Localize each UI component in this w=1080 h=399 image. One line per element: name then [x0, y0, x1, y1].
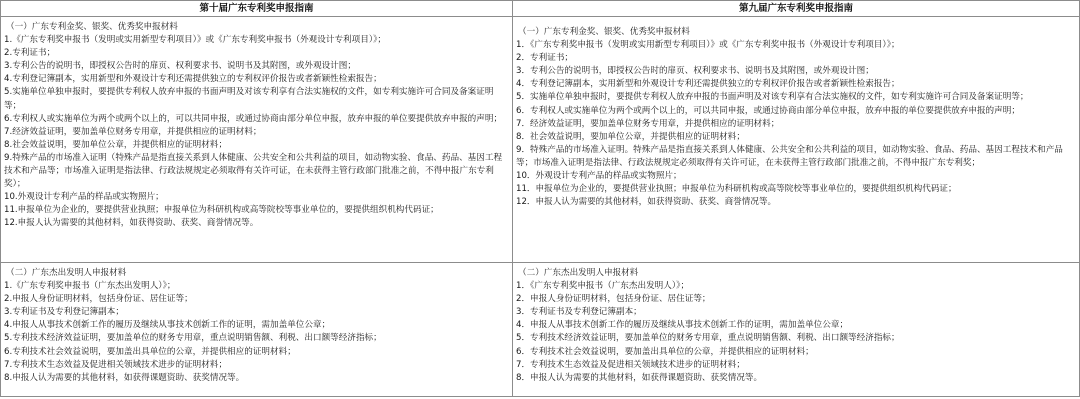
section-block: （二）广东杰出发明人申报材料 1.《广东专利奖申报书（广东杰出发明人）》； 2.…: [1, 263, 512, 385]
list-item: 1.《广东专利奖申报书（发明或实用新型专利项目）》或《广东专利奖申报书（外观设计…: [4, 34, 509, 47]
list-item: 7.专利技术生态效益及促进相关领域技术进步的证明材料；: [4, 359, 509, 372]
list-item: 3．专利证书及专利登记簿副本；: [516, 306, 1076, 319]
header-10th-guide: 第十届广东专利奖申报指南: [1, 1, 513, 17]
list-item: 2.专利证书；: [4, 47, 509, 60]
section-title: （一）广东专利金奖、银奖、优秀奖申报材料: [4, 21, 509, 34]
list-item: 2．申报人身份证明材料，包括身份证、居住证等；: [516, 293, 1076, 306]
list-item: 4．申报人从事技术创新工作的履历及继续从事技术创新工作的证明，需加盖单位公章；: [516, 319, 1076, 332]
comparison-table: 第十届广东专利奖申报指南 第九届广东专利奖申报指南 （一）广东专利金奖、银奖、优…: [0, 0, 1080, 397]
list-item: 5.专利技术经济效益证明，要加盖单位的财务专用章，重点说明销售额、利税、出口额等…: [4, 332, 509, 345]
list-item: 8.申报人认为需要的其他材料，如获得课题资助、获奖情况等。: [4, 372, 509, 385]
section-title: （一）广东专利金奖、银奖、优秀奖申报材料: [516, 26, 1076, 39]
list-item: 12.申报人认为需要的其他材料，如获得资助、获奖、商誉情况等。: [4, 217, 509, 230]
row-outstanding-inventor: （二）广东杰出发明人申报材料 1.《广东专利奖申报书（广东杰出发明人）》； 2.…: [1, 263, 1080, 397]
list-item: 7.经济效益证明，要加盖单位财务专用章，并提供相应的证明材料；: [4, 126, 509, 139]
list-item: 3.专利公告的说明书，即授权公告时的扉页、权利要求书、说明书及其附图，或外观设计…: [4, 60, 509, 73]
list-item: 2.申报人身份证明材料，包括身份证、居住证等；: [4, 293, 509, 306]
section-title: （二）广东杰出发明人申报材料: [4, 267, 509, 280]
list-item: 2．专利证书；: [516, 52, 1076, 65]
list-item: 6.专利权人或实施单位为两个或两个以上的，可以共同申报，或通过协商由部分单位申报…: [4, 113, 509, 126]
list-item: 4.专利登记簿副本，实用新型和外观设计专利还需提供独立的专利权评价报告或者新颖性…: [4, 73, 509, 86]
list-item: 7．经济效益证明，要加盖单位财务专用章，并提供相应的证明材料；: [516, 118, 1076, 131]
list-item: 6．专利技术社会效益说明，要加盖出具单位的公章，并提供相应的证明材料；: [516, 346, 1076, 359]
list-item: 1．《广东专利奖申报书（发明或实用新型专利项目）》或《广东专利奖申报书（外观设计…: [516, 39, 1076, 52]
section-title: （二）广东杰出发明人申报材料: [516, 267, 1076, 280]
list-item: 8．申报人认为需要的其他材料，如获得课题资助、获奖情况等。: [516, 372, 1076, 385]
list-item: 7．专利技术生态效益及促进相关领域技术进步的证明材料；: [516, 359, 1076, 372]
list-item: 11.申报单位为企业的，要提供营业执照；申报单位为科研机构或高等院校等事业单位的…: [4, 204, 509, 217]
list-item: 5.实施单位单独申报时，要提供专利权人放弃申报的书面声明及对该专利享有合法实施权…: [4, 86, 509, 112]
section-block: （一）广东专利金奖、银奖、优秀奖申报材料 1．《广东专利奖申报书（发明或实用新型…: [513, 17, 1079, 209]
list-item: 9．特殊产品的市场准入证明。特殊产品是指直接关系到人体健康、公共安全和公共利益的…: [516, 144, 1076, 170]
header-9th-guide: 第九届广东专利奖申报指南: [513, 1, 1080, 17]
section-block: （一）广东专利金奖、银奖、优秀奖申报材料 1.《广东专利奖申报书（发明或实用新型…: [1, 17, 512, 231]
list-item: 12．申报人认为需要的其他材料，如获得资助、获奖、商誉情况等。: [516, 196, 1076, 209]
list-item: 4．专利登记簿副本，实用新型和外观设计专利还需提供独立的专利权评价报告或者新颖性…: [516, 78, 1076, 91]
list-item: 6.专利技术社会效益说明，要加盖出具单位的公章，并提供相应的证明材料；: [4, 346, 509, 359]
list-item: 3.专利证书及专利登记簿副本；: [4, 306, 509, 319]
cell-9th-section-1: （一）广东专利金奖、银奖、优秀奖申报材料 1．《广东专利奖申报书（发明或实用新型…: [513, 17, 1080, 263]
row-gold-silver-excellence: （一）广东专利金奖、银奖、优秀奖申报材料 1.《广东专利奖申报书（发明或实用新型…: [1, 17, 1080, 263]
list-item: 5．实施单位单独申报时，要提供专利权人放弃申报的书面声明及对该专利享有合法实施权…: [516, 91, 1076, 104]
section-block: （二）广东杰出发明人申报材料 1．《广东专利奖申报书（广东杰出发明人）》； 2．…: [513, 263, 1079, 385]
list-item: 8.社会效益说明，要加单位公章，并提供相应的证明材料；: [4, 139, 509, 152]
list-item: 5．专利技术经济效益证明，要加盖单位的财务专用章，重点说明销售额、利税、出口额等…: [516, 332, 1076, 345]
list-item: 1.《广东专利奖申报书（广东杰出发明人）》；: [4, 280, 509, 293]
list-item: 6．专利权人或实施单位为两个或两个以上的，可以共同申报，或通过协商由部分单位申报…: [516, 105, 1076, 118]
cell-10th-section-1: （一）广东专利金奖、银奖、优秀奖申报材料 1.《广东专利奖申报书（发明或实用新型…: [1, 17, 513, 263]
list-item: 3．专利公告的说明书，即授权公告时的扉页、权利要求书、说明书及其附图，或外观设计…: [516, 65, 1076, 78]
cell-10th-section-2: （二）广东杰出发明人申报材料 1.《广东专利奖申报书（广东杰出发明人）》； 2.…: [1, 263, 513, 397]
list-item: 1．《广东专利奖申报书（广东杰出发明人）》；: [516, 280, 1076, 293]
cell-9th-section-2: （二）广东杰出发明人申报材料 1．《广东专利奖申报书（广东杰出发明人）》； 2．…: [513, 263, 1080, 397]
list-item: 10．外观设计专利产品的样品或实物照片；: [516, 170, 1076, 183]
list-item: 10.外观设计专利产品的样品或实物照片；: [4, 191, 509, 204]
list-item: 9.特殊产品的市场准入证明（特殊产品是指直接关系到人体健康、公共安全和公共利益的…: [4, 152, 509, 191]
header-row: 第十届广东专利奖申报指南 第九届广东专利奖申报指南: [1, 1, 1080, 17]
list-item: 8．社会效益说明，要加单位公章，并提供相应的证明材料；: [516, 131, 1076, 144]
list-item: 4.申报人从事技术创新工作的履历及继续从事技术创新工作的证明，需加盖单位公章；: [4, 319, 509, 332]
list-item: 11．申报单位为企业的，要提供营业执照；申报单位为科研机构或高等院校等事业单位的…: [516, 183, 1076, 196]
